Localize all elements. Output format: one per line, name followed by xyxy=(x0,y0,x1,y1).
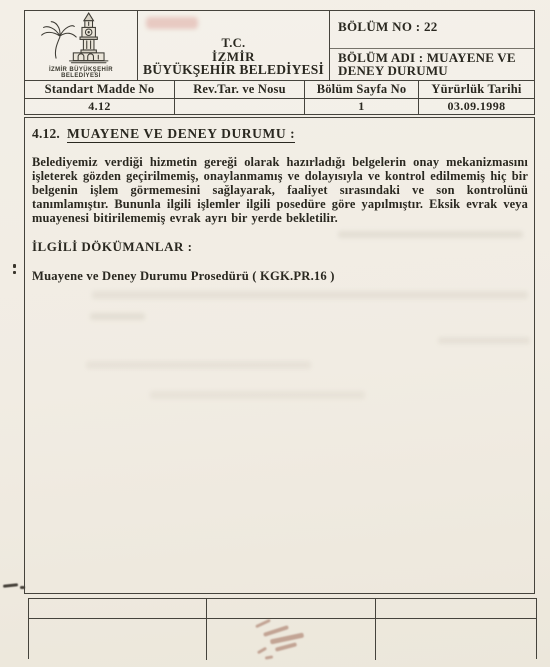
footer-cell xyxy=(376,599,536,618)
footer-cell xyxy=(207,599,376,618)
meta-col-yururluk-tarihi: Yürürlük Tarihi xyxy=(419,81,534,98)
authority-title-cell: T.C. İZMİR BÜYÜKŞEHİR BELEDİYESİ xyxy=(138,11,330,80)
main-content-box: 4.12.MUAYENE VE DENEY DURUMU : Belediyem… xyxy=(24,117,535,594)
meta-header-row: Standart Madde No Rev.Tar. ve Nosu Bölüm… xyxy=(25,81,534,99)
footer-row-1 xyxy=(29,599,536,619)
footer-cell xyxy=(29,619,207,660)
meta-value-bolum-sayfa-no: 1 xyxy=(305,99,419,114)
footer-row-2 xyxy=(29,619,536,660)
footer-cell xyxy=(207,619,376,660)
section-heading: 4.12.MUAYENE VE DENEY DURUMU : xyxy=(32,126,528,142)
meta-col-bolum-sayfa-no: Bölüm Sayfa No xyxy=(305,81,419,98)
meta-value-yururluk-tarihi: 03.09.1998 xyxy=(419,99,534,114)
footer-table xyxy=(28,598,537,659)
meta-values-row: 4.12 1 03.09.1998 xyxy=(25,99,534,114)
header-top-row: İZMİR BÜYÜKŞEHİR BELEDİYESİ T.C. İZMİR B… xyxy=(25,11,534,81)
section-no: BÖLÜM NO : 22 xyxy=(338,19,438,35)
logo-caption: İZMİR BÜYÜKŞEHİR BELEDİYESİ xyxy=(25,67,137,79)
authority-line-belediyesi: BÜYÜKŞEHİR BELEDİYESİ xyxy=(143,63,324,77)
meta-col-rev-tar-ve-nosu: Rev.Tar. ve Nosu xyxy=(175,81,305,98)
related-docs-item: Muayene ve Deney Durumu Prosedürü ( KGK.… xyxy=(32,269,528,284)
section-divider-line xyxy=(330,48,534,49)
margin-pen-mark xyxy=(13,264,17,275)
section-name: BÖLÜM ADI : MUAYENE VE DENEY DURUMU xyxy=(338,52,516,77)
footer-cell xyxy=(376,619,536,660)
meta-col-standart-madde-no: Standart Madde No xyxy=(25,81,175,98)
scanned-document-page: İZMİR BÜYÜKŞEHİR BELEDİYESİ T.C. İZMİR B… xyxy=(0,0,550,667)
heading-number: 4.12. xyxy=(32,126,60,141)
header-table: İZMİR BÜYÜKŞEHİR BELEDİYESİ T.C. İZMİR B… xyxy=(24,10,535,115)
related-docs-heading: İLGİLİ DÖKÜMANLAR : xyxy=(32,239,528,255)
heading-title: MUAYENE VE DENEY DURUMU : xyxy=(67,126,295,143)
margin-dash-mark xyxy=(3,583,18,587)
meta-value-standart-madde-no: 4.12 xyxy=(25,99,175,114)
izmir-clock-tower-logo-icon xyxy=(33,12,129,64)
section-name-line2: DENEY DURUMU xyxy=(338,65,516,78)
logo-caption-line2: BELEDİYESİ xyxy=(25,73,137,79)
section-info-cell: BÖLÜM NO : 22 BÖLÜM ADI : MUAYENE VE DEN… xyxy=(330,11,534,80)
footer-cell xyxy=(29,599,207,618)
meta-value-rev-tar-ve-nosu xyxy=(175,99,305,114)
logo-cell: İZMİR BÜYÜKŞEHİR BELEDİYESİ xyxy=(25,11,138,80)
body-paragraph: Belediyemiz verdiği hizmetin gereği olar… xyxy=(32,156,528,226)
